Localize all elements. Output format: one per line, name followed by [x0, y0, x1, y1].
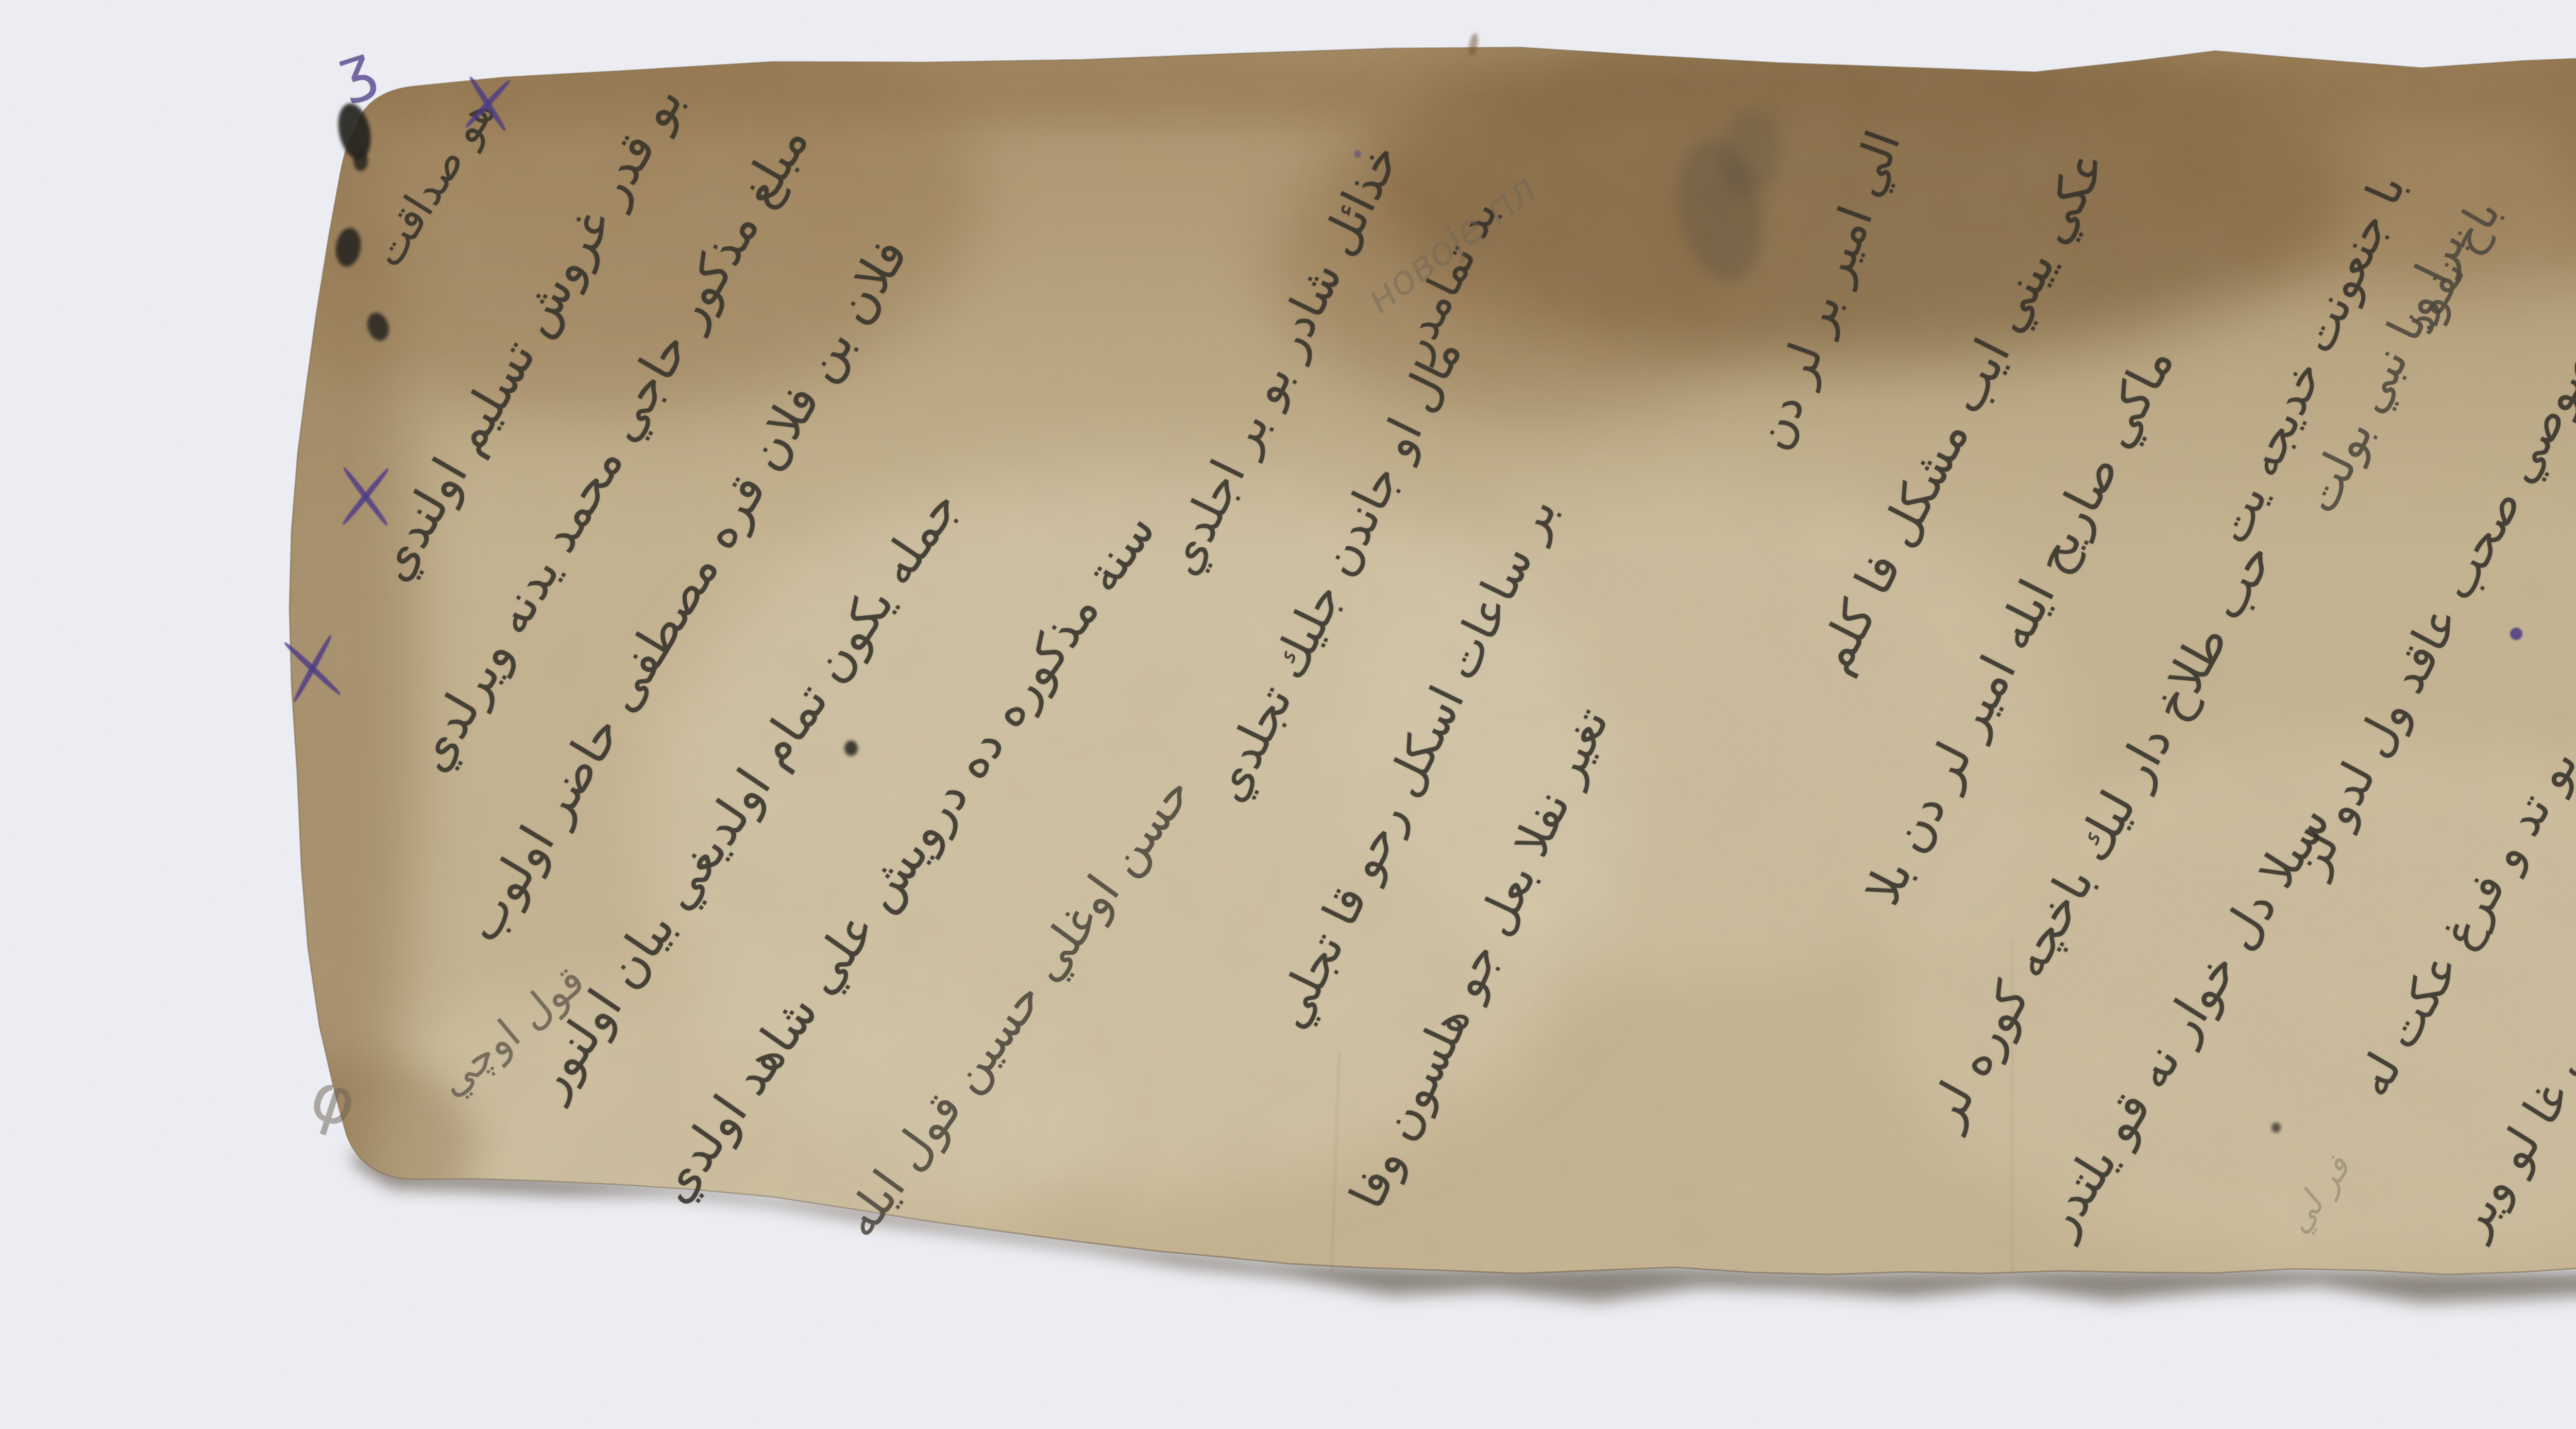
purple-x-mark [452, 64, 524, 137]
purple-x-mark [270, 624, 354, 708]
paper-crease [1330, 1051, 1340, 1273]
pencil-inscription: فر لي [2280, 1150, 2356, 1239]
ink-blot [2272, 1122, 2281, 1133]
paper-crease [2011, 938, 2013, 1273]
handwritten-line: حب طلاخ دار ليك باخچه كوره لر [1920, 535, 2281, 1135]
purple-dot [2510, 628, 2522, 640]
ink-blot [353, 150, 368, 171]
grey-flourish: φ [303, 1062, 365, 1138]
handwritten-line: بو قدر غروش تسليم اولندي [368, 78, 691, 589]
ink-blot [1467, 32, 1479, 56]
purple-dot [1354, 150, 1361, 158]
ink-layer: هو صداقتبو قدر غروش تسليم اولنديمبلغ مذك… [0, 0, 2576, 1429]
ink-blot [844, 741, 858, 756]
manuscript-scan: هو صداقتبو قدر غروش تسليم اولنديمبلغ مذك… [0, 0, 2576, 1429]
purple-x-mark [327, 455, 404, 532]
ink-blot [333, 100, 376, 162]
ink-blot [333, 226, 363, 268]
purple-squiggle: ʒ [331, 36, 382, 103]
ink-blot [364, 310, 392, 344]
